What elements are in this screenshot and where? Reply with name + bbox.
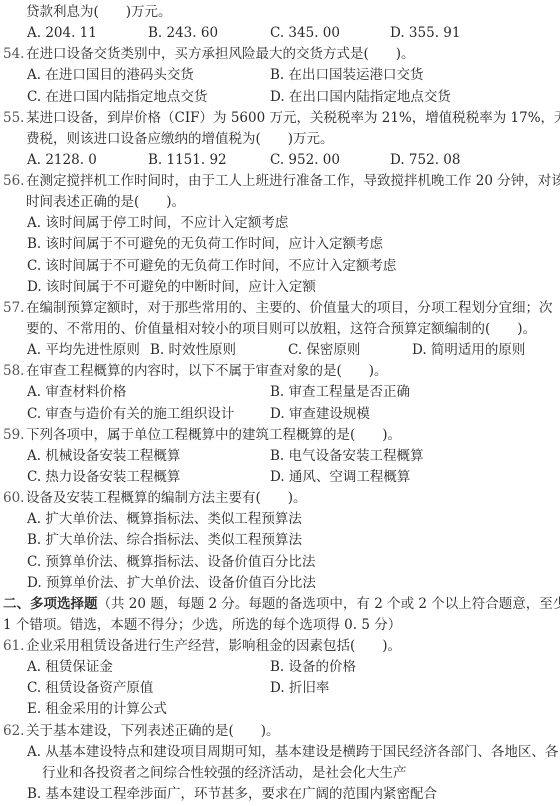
option-c: C. 审查与造价有关的施工组织设计	[27, 403, 234, 425]
question-number: 57.	[3, 297, 24, 319]
question-stem: 某进口设备，到岸价格（CIF）为 5600 万元，关税税率为 21%，增值税税率…	[26, 107, 560, 129]
option-d: D. 审查建设规模	[270, 403, 370, 425]
option-b: B. 该时间属于不可避免的无负荷工作时间，应计入定额考虑	[27, 233, 383, 255]
option-b: B. 设备的价格	[270, 656, 356, 678]
option-a: A. 在进口国目的港码头交货	[27, 64, 194, 86]
option-c: C. 热力设备安装工程概算	[27, 466, 180, 488]
option-a: A. 审查材料价格	[27, 381, 126, 403]
question-stem: 关于基本建设，下列表述正确的是( )。	[26, 720, 280, 742]
question-stem: 在编制预算定额时，对于那些常用的、主要的、价值量大的项目，分项工程划分宜细；次	[26, 297, 553, 319]
question-number: 58.	[3, 360, 24, 382]
option-d: D. 通风、空调工程概算	[270, 466, 410, 488]
option-d: D. 355. 91	[390, 22, 460, 44]
question-stem: 设备及安装工程概算的编制方法主要有( )。	[26, 487, 307, 509]
question-number: 62.	[3, 720, 24, 742]
section-title: 二、多项选择题	[3, 596, 98, 612]
section-description: （共 20 题，每题 2 分。每题的备选项中，有 2 个或 2 个以上符合题意，…	[98, 596, 560, 612]
option-c: C. 345. 00	[270, 22, 340, 44]
option-c: C. 预算单价法、概算指标法、设备价值百分比法	[27, 551, 315, 573]
option-b: B. 在出口国装运港口交货	[270, 64, 424, 86]
option-a: A. 2128. 0	[27, 149, 97, 171]
option-a-cont: 行业和各投资者之间综合性较强的经济活动，是社会化大生产	[42, 762, 407, 784]
question-number: 61.	[3, 635, 24, 657]
option-c: C. 租赁设备资产原值	[27, 677, 153, 699]
option-b: B. 基本建设工程牵涉面广，环节甚多，要求在广阔的范围内紧密配合	[27, 783, 437, 805]
option-a: A. 扩大单价法、概算指标法、类似工程预算法	[27, 508, 302, 530]
option-b: B. 1151. 92	[148, 149, 227, 171]
option-c: C. 952. 00	[270, 149, 340, 171]
option-b: B. 审查工程量是否正确	[270, 381, 410, 403]
option-d: D. 折旧率	[270, 677, 329, 699]
question-stem-cont: 费税，则该进口设备应缴纳的增值税为( )万元。	[26, 128, 334, 150]
option-d: D. 752. 08	[390, 149, 460, 171]
option-b: B. 时效性原则	[150, 339, 236, 361]
question-stem: 企业采用租赁设备进行生产经营，影响租金的因素包括( )。	[26, 635, 401, 657]
question-stem: 在进口设备交货类别中，买方承担风险最大的交货方式是( )。	[26, 43, 415, 65]
option-d: D. 预算单价法、扩大单价法、设备价值百分比法	[27, 572, 316, 594]
option-b: B. 243. 60	[148, 22, 218, 44]
question-number: 59.	[3, 424, 24, 446]
option-a: A. 从基本建设特点和建设项目周期可知，基本建设是横跨于国民经济各部门、各地区、…	[27, 741, 558, 763]
option-c: C. 在进口国内陆指定地点交货	[27, 86, 207, 108]
question-stem-cont: 时间表述正确的是( )。	[26, 191, 185, 213]
exam-page: 贷款利息为( )万元。 A. 204. 11 B. 243. 60 C. 345…	[0, 0, 560, 806]
option-a: A. 租赁保证金	[27, 656, 113, 678]
question-number: 60.	[3, 487, 24, 509]
option-a: A. 204. 11	[27, 22, 97, 44]
option-d: D. 简明适用的原则	[412, 339, 525, 361]
question-stem: 贷款利息为( )万元。	[26, 1, 172, 23]
option-a: A. 平均先进性原则	[27, 339, 140, 361]
question-number: 55.	[3, 107, 24, 129]
section-header: 二、多项选择题（共 20 题，每题 2 分。每题的备选项中，有 2 个或 2 个…	[3, 593, 560, 615]
option-e: E. 租金采用的计算公式	[27, 698, 167, 720]
option-a: A. 机械设备安装工程概算	[27, 445, 180, 467]
option-d: D. 在出口国内陆指定地点交货	[270, 86, 451, 108]
option-b: B. 扩大单价法、综合指标法、类似工程预算法	[27, 529, 302, 551]
option-d: D. 该时间属于不可避免的中断时间，应计入定额	[27, 276, 316, 298]
option-c: C. 该时间属于不可避免的无负荷工作时间，不应计入定额考虑	[27, 255, 396, 277]
question-stem-cont: 要的、不常用的、价值量相对较小的项目则可以放粗，这符合预算定额编制的( )。	[26, 318, 536, 340]
question-number: 54.	[3, 43, 24, 65]
question-stem: 下列各项中，属于单位工程概算中的建筑工程概算的是( )。	[26, 424, 401, 446]
option-c: C. 保密原则	[288, 339, 360, 361]
option-a: A. 该时间属于停工时间，不应计入定额考虑	[27, 212, 288, 234]
option-b: B. 电气设备安装工程概算	[270, 445, 424, 467]
question-stem: 在审查工程概算的内容时，以下不属于审查对象的是( )。	[26, 360, 388, 382]
section-description-cont: 1 个错项。错选，本题不得分；少选，所选的每个选项得 0. 5 分）	[3, 614, 401, 636]
question-number: 56.	[3, 170, 24, 192]
question-stem: 在测定搅拌机工作时间时，由于工人上班进行准备工作，导致搅拌机晚工作 20 分钟，…	[26, 170, 560, 192]
